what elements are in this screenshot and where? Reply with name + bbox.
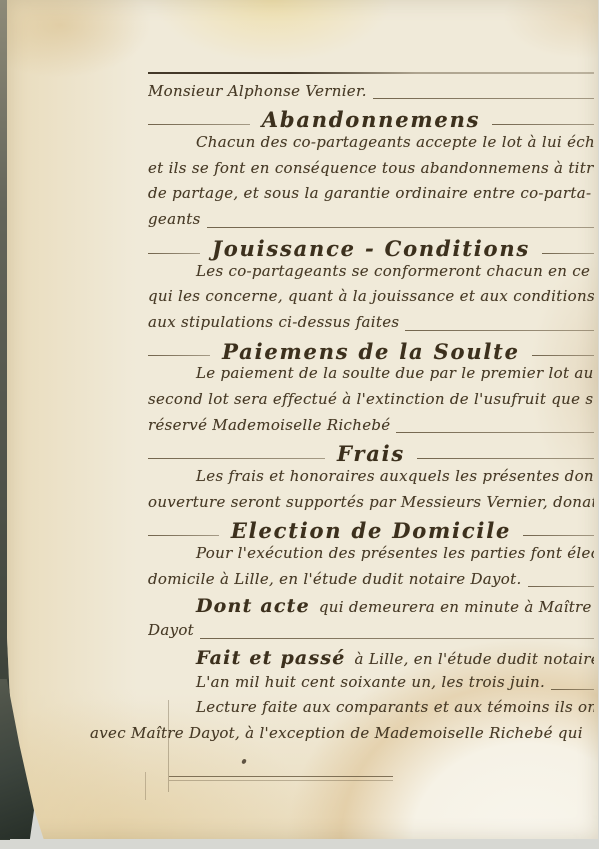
section-heading: Jouissance - Conditions: [200, 236, 542, 261]
line-text: Le paiement de la soulte due par le prem…: [148, 364, 594, 390]
handwritten-text: L'an mil huit cent soixante un, les troi…: [196, 673, 551, 691]
handwritten-text: avec Maître Dayot, à l'exception de Made…: [90, 724, 589, 742]
filler-rule: [523, 535, 594, 536]
line-heading: Abandonnemens: [148, 107, 594, 133]
section-heading: Paiemens de la Soulte: [210, 339, 532, 364]
filler-rule: [405, 330, 594, 331]
filler-rule: [207, 227, 594, 228]
filler-rule: [396, 432, 594, 433]
handwritten-text: ouverture seront supportés par Messieurs…: [148, 493, 594, 511]
handwritten-text: Lecture faite aux comparants et aux témo…: [196, 698, 594, 716]
section-heading: Abandonnemens: [250, 107, 493, 132]
section-heading: Frais: [325, 441, 417, 466]
filler-rule: [492, 124, 594, 125]
line-text: geants: [148, 210, 594, 236]
line-mixed: Dont actequi demeurera en minute à Maîtr…: [148, 595, 594, 621]
line-text: second lot sera effectué à l'extinction …: [148, 390, 594, 416]
line-text: Pour l'exécution des présentes les parti…: [148, 544, 594, 570]
paper-page: Monsieur Alphonse Vernier.AbandonnemensC…: [7, 0, 598, 839]
filler-rule: [528, 586, 594, 587]
filler-rule: [200, 638, 594, 639]
line-text: ouverture seront supportés par Messieurs…: [148, 493, 594, 519]
line-text: Dayot: [148, 621, 594, 647]
line-text: réservé Mademoiselle Richebé: [148, 416, 594, 442]
line-text: et ils se font en conséquence tous aband…: [148, 159, 594, 185]
filler-rule: [148, 355, 210, 356]
line-text: Les co-partageants se conformeront chacu…: [148, 262, 594, 288]
handwritten-text: domicile à Lille, en l'étude dudit notai…: [148, 570, 528, 588]
handwritten-text: Chacun des co-partageants accepte le lot…: [196, 133, 594, 151]
line-text: de partage, et sous la garantie ordinair…: [148, 184, 594, 210]
line-text: Monsieur Alphonse Vernier.: [148, 82, 594, 108]
line-heading: Paiemens de la Soulte: [148, 339, 594, 365]
handwritten-text: geants: [148, 210, 207, 228]
handwritten-text: de partage, et sous la garantie ordinair…: [148, 184, 594, 202]
line-text: Chacun des co-partageants accepte le lot…: [148, 133, 594, 159]
filler-rule: [417, 458, 594, 459]
filler-rule: [148, 124, 250, 125]
handwritten-text: Les co-partageants se conformeront chacu…: [196, 262, 594, 280]
filler-rule: [148, 458, 325, 459]
handwritten-text: et ils se font en conséquence tous aband…: [148, 159, 594, 177]
handwritten-text: aux stipulations ci-dessus faites: [148, 313, 405, 331]
filler-rule: [148, 535, 219, 536]
filler-rule: [542, 253, 594, 254]
handwritten-text: Le paiement de la soulte due par le prem…: [196, 364, 594, 382]
line-text: Les frais et honoraires auxquels les pré…: [148, 467, 594, 493]
line-text: domicile à Lille, en l'étude dudit notai…: [148, 570, 594, 596]
line-text: Lecture faite aux comparants et aux témo…: [148, 698, 594, 724]
bold-phrase: Fait et passé: [196, 647, 355, 669]
filler-rule: [148, 253, 200, 254]
line-heading: Election de Domicile: [148, 518, 594, 544]
filler-rule: [532, 355, 594, 356]
handwritten-text: à Lille, en l'étude dudit notaire,: [355, 650, 594, 668]
line-text: avec Maître Dayot, à l'exception de Made…: [90, 724, 594, 750]
handwritten-text: Pour l'exécution des présentes les parti…: [196, 544, 594, 562]
handwritten-text: qui les concerne, quant à la jouissance …: [148, 287, 594, 305]
handwritten-text: Les frais et honoraires auxquels les pré…: [196, 467, 594, 485]
bold-phrase: Dont acte: [196, 595, 319, 617]
line-text: qui les concerne, quant à la jouissance …: [148, 287, 594, 313]
document-scan: Monsieur Alphonse Vernier.AbandonnemensC…: [0, 0, 599, 849]
manuscript-text: Monsieur Alphonse Vernier.AbandonnemensC…: [148, 56, 594, 750]
line-ruleonly: [148, 56, 594, 82]
filler-rule: [148, 72, 594, 74]
closing-rule: [169, 776, 393, 781]
line-heading: Frais: [148, 441, 594, 467]
margin-tick: [145, 772, 146, 800]
handwritten-text: qui demeurera en minute à Maître: [319, 598, 594, 616]
handwritten-text: Monsieur Alphonse Vernier.: [148, 82, 373, 100]
line-text: L'an mil huit cent soixante un, les troi…: [148, 673, 594, 699]
handwritten-text: second lot sera effectué à l'extinction …: [148, 390, 594, 408]
handwritten-text: réservé Mademoiselle Richebé: [148, 416, 396, 434]
filler-rule: [551, 689, 594, 690]
line-heading: Jouissance - Conditions: [148, 236, 594, 262]
section-heading: Election de Domicile: [219, 518, 523, 543]
line-text: aux stipulations ci-dessus faites: [148, 313, 594, 339]
handwritten-text: Dayot: [148, 621, 200, 639]
filler-rule: [373, 98, 594, 99]
line-mixed: Fait et passéà Lille, en l'étude dudit n…: [148, 647, 594, 673]
